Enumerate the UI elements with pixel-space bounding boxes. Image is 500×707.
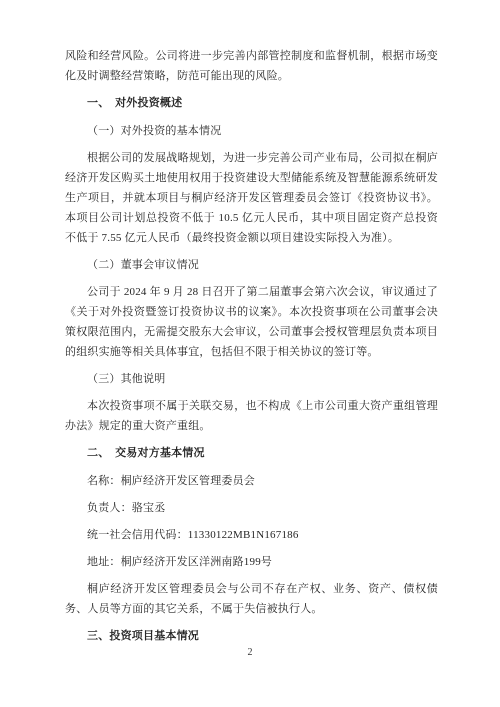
counterparty-address: 地址：桐庐经济开发区洋洲南路199号 <box>65 552 438 572</box>
paragraph: 根据公司的发展战略规划，为进一步完善公司产业布局，公司拟在桐庐经济开发区购买土地… <box>65 148 438 248</box>
subheading-1-1: （一）对外投资的基本情况 <box>65 121 438 141</box>
section-heading-1: 一、 对外投资概述 <box>65 93 438 113</box>
section-heading-2: 二、 交易对方基本情况 <box>65 443 438 463</box>
paragraph: 桐庐经济开发区管理委员会与公司不存在产权、业务、资产、债权债务、人员等方面的其它… <box>65 579 438 619</box>
paragraph: 风险和经营风险。公司将进一步完善内部管控制度和监督机制，根据市场变化及时调整经营… <box>65 46 438 86</box>
subheading-1-3: （三）其他说明 <box>65 369 438 389</box>
page-number: 2 <box>0 647 500 658</box>
counterparty-person-in-charge: 负责人：骆宝丞 <box>65 498 438 518</box>
section-heading-3: 三、投资项目基本情况 <box>65 626 438 646</box>
document-page: 风险和经营风险。公司将进一步完善内部管控制度和监督机制，根据市场变化及时调整经营… <box>0 0 500 707</box>
paragraph: 本次投资事项不属于关联交易，也不构成《上市公司重大资产重组管理办法》规定的重大资… <box>65 396 438 436</box>
counterparty-name: 名称：桐庐经济开发区管理委员会 <box>65 471 438 491</box>
subheading-1-2: （二）董事会审议情况 <box>65 255 438 275</box>
paragraph: 公司于 2024 年 9 月 28 日召开了第二届董事会第六次会议，审议通过了《… <box>65 282 438 362</box>
counterparty-credit-code: 统一社会信用代码：11330122MB1N167186 <box>65 525 438 545</box>
document-body: 风险和经营风险。公司将进一步完善内部管控制度和监督机制，根据市场变化及时调整经营… <box>65 46 438 654</box>
